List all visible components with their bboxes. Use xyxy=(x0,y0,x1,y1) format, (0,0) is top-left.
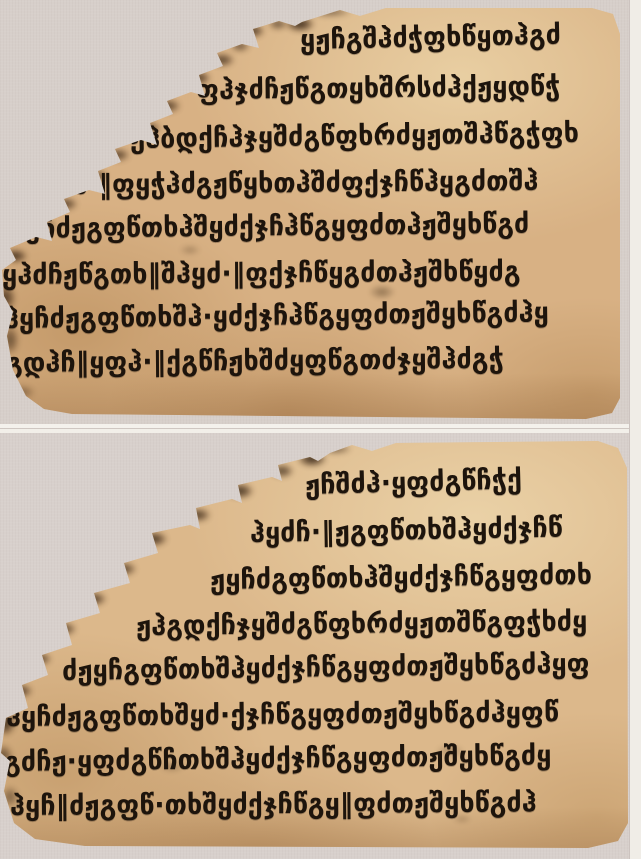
manuscript-fragment-bottom: ჟჩშძჰ·ყფძგწჩჭქ ჰყძჩ·‖ჟგფწთხშჰყძქჯჩწ ჟყჩძ… xyxy=(0,433,641,859)
charred-edge xyxy=(270,464,294,478)
charred-edge xyxy=(28,653,52,666)
charred-edge xyxy=(320,444,352,454)
manuscript-fragment-top: ყჟჩგშჰძჭფხწყთჰგძ ფჰჯძჩჟწგთყხშრსძჰქჟყდწჭ … xyxy=(0,0,641,425)
charred-edge xyxy=(7,684,33,698)
charred-edge xyxy=(106,149,130,162)
charred-edge xyxy=(226,483,254,499)
script-line: ყჰძჩჟწგთხ‖შჰყძ·‖ფქჯჩწყგძთჰჟშხწყძგ xyxy=(2,257,521,291)
script-line: გდჰჩ‖ყფჰ·‖ქგწჩჟხშძყფწგთძჯყშჰძგჭ xyxy=(6,345,504,379)
charred-edge xyxy=(230,40,250,52)
script-line: ჰყჩძჟგფწთხშყძ·ქჯჩწგყფძთჟშყხწგძჰყფწ xyxy=(6,698,559,733)
charred-edge xyxy=(140,532,168,547)
script-line: ჟყჩძგფწთხჰშყძქჯჩწგყფძთხ xyxy=(210,561,592,596)
script-line: ჰყძჩ·‖ჟგფწთხშჰყძქჯჩწ xyxy=(250,514,563,549)
script-line: გძჩჟ·ყფძგწჩთხშჰყძქჯჩწგყფძთჟშყხწგძყ xyxy=(4,741,552,778)
charred-edge xyxy=(51,622,77,636)
charred-edge xyxy=(111,562,137,576)
script-line: ჟჰგდქჩჯყშძგწფხრძყჟთშწგფჭხძყ xyxy=(136,607,588,642)
script-line: ფჰჯძჩჟწგთყხშრსძჰქჟყდწჭ xyxy=(196,72,560,106)
script-line: ჰყჩძჟგფწთხჰშყძქჯჩჰწგყფძთჰჟშყხწგძ xyxy=(10,210,530,245)
charred-edge xyxy=(308,7,352,17)
script-line: ჰყჩძჟგფწთხშჰ·ყძქჯჩჰწგყფძთჟშყხწგძჰყ xyxy=(4,298,549,335)
photo-edge-strip xyxy=(629,0,641,859)
charred-edge xyxy=(81,592,107,606)
script-line: ჟჰბდქჩჰჯყშძგწფხრძყჟთშჰწგჭფხ xyxy=(130,119,579,155)
ink-smudge xyxy=(179,244,201,256)
charred-edge xyxy=(155,99,181,113)
script-line: ჰძ·‖ფყჭჰძგჟწყხთჰშძფქჯჩწჰყგძთშჰ xyxy=(58,167,539,201)
script-line: ყჟჩგშჰძჭფხწყთჰგძ xyxy=(300,21,562,56)
photo-panel-top: ყჟჩგშჰძჭფხწყთჰგძ ფჰჯძჩჟწგთყხშრსძჰქჟყდწჭ … xyxy=(0,0,641,425)
panel-divider xyxy=(0,424,641,433)
charred-edge xyxy=(297,451,327,467)
script-line: ძჟყჩგფწთხშჰყძქჯჩწგყფძთჟშყხწგძჰყფ xyxy=(62,650,590,687)
charred-edge xyxy=(209,53,235,67)
charred-edge xyxy=(268,18,288,30)
manuscript-photo-plate: ყჟჩგშჰძჭფხწყთჰგძ ფჰჯძჩჟწგთყხშრსძჰქჟყდწჭ … xyxy=(0,0,641,859)
charred-edge xyxy=(241,24,265,38)
script-line: ჰყჩ‖ძჟგფწ·თხშყძქჯჩწგყ‖ფძთჟშყხწგძჰ xyxy=(10,788,537,822)
charred-edge xyxy=(185,508,211,522)
paper-shading xyxy=(0,373,641,419)
photo-panel-bottom: ჟჩშძჰ·ყფძგწჩჭქ ჰყძჩ·‖ჟგფწთხშჰყძქჯჩწ ჟყჩძ… xyxy=(0,433,641,859)
script-line: ჟჩშძჰ·ყფძგწჩჭქ xyxy=(305,465,523,501)
